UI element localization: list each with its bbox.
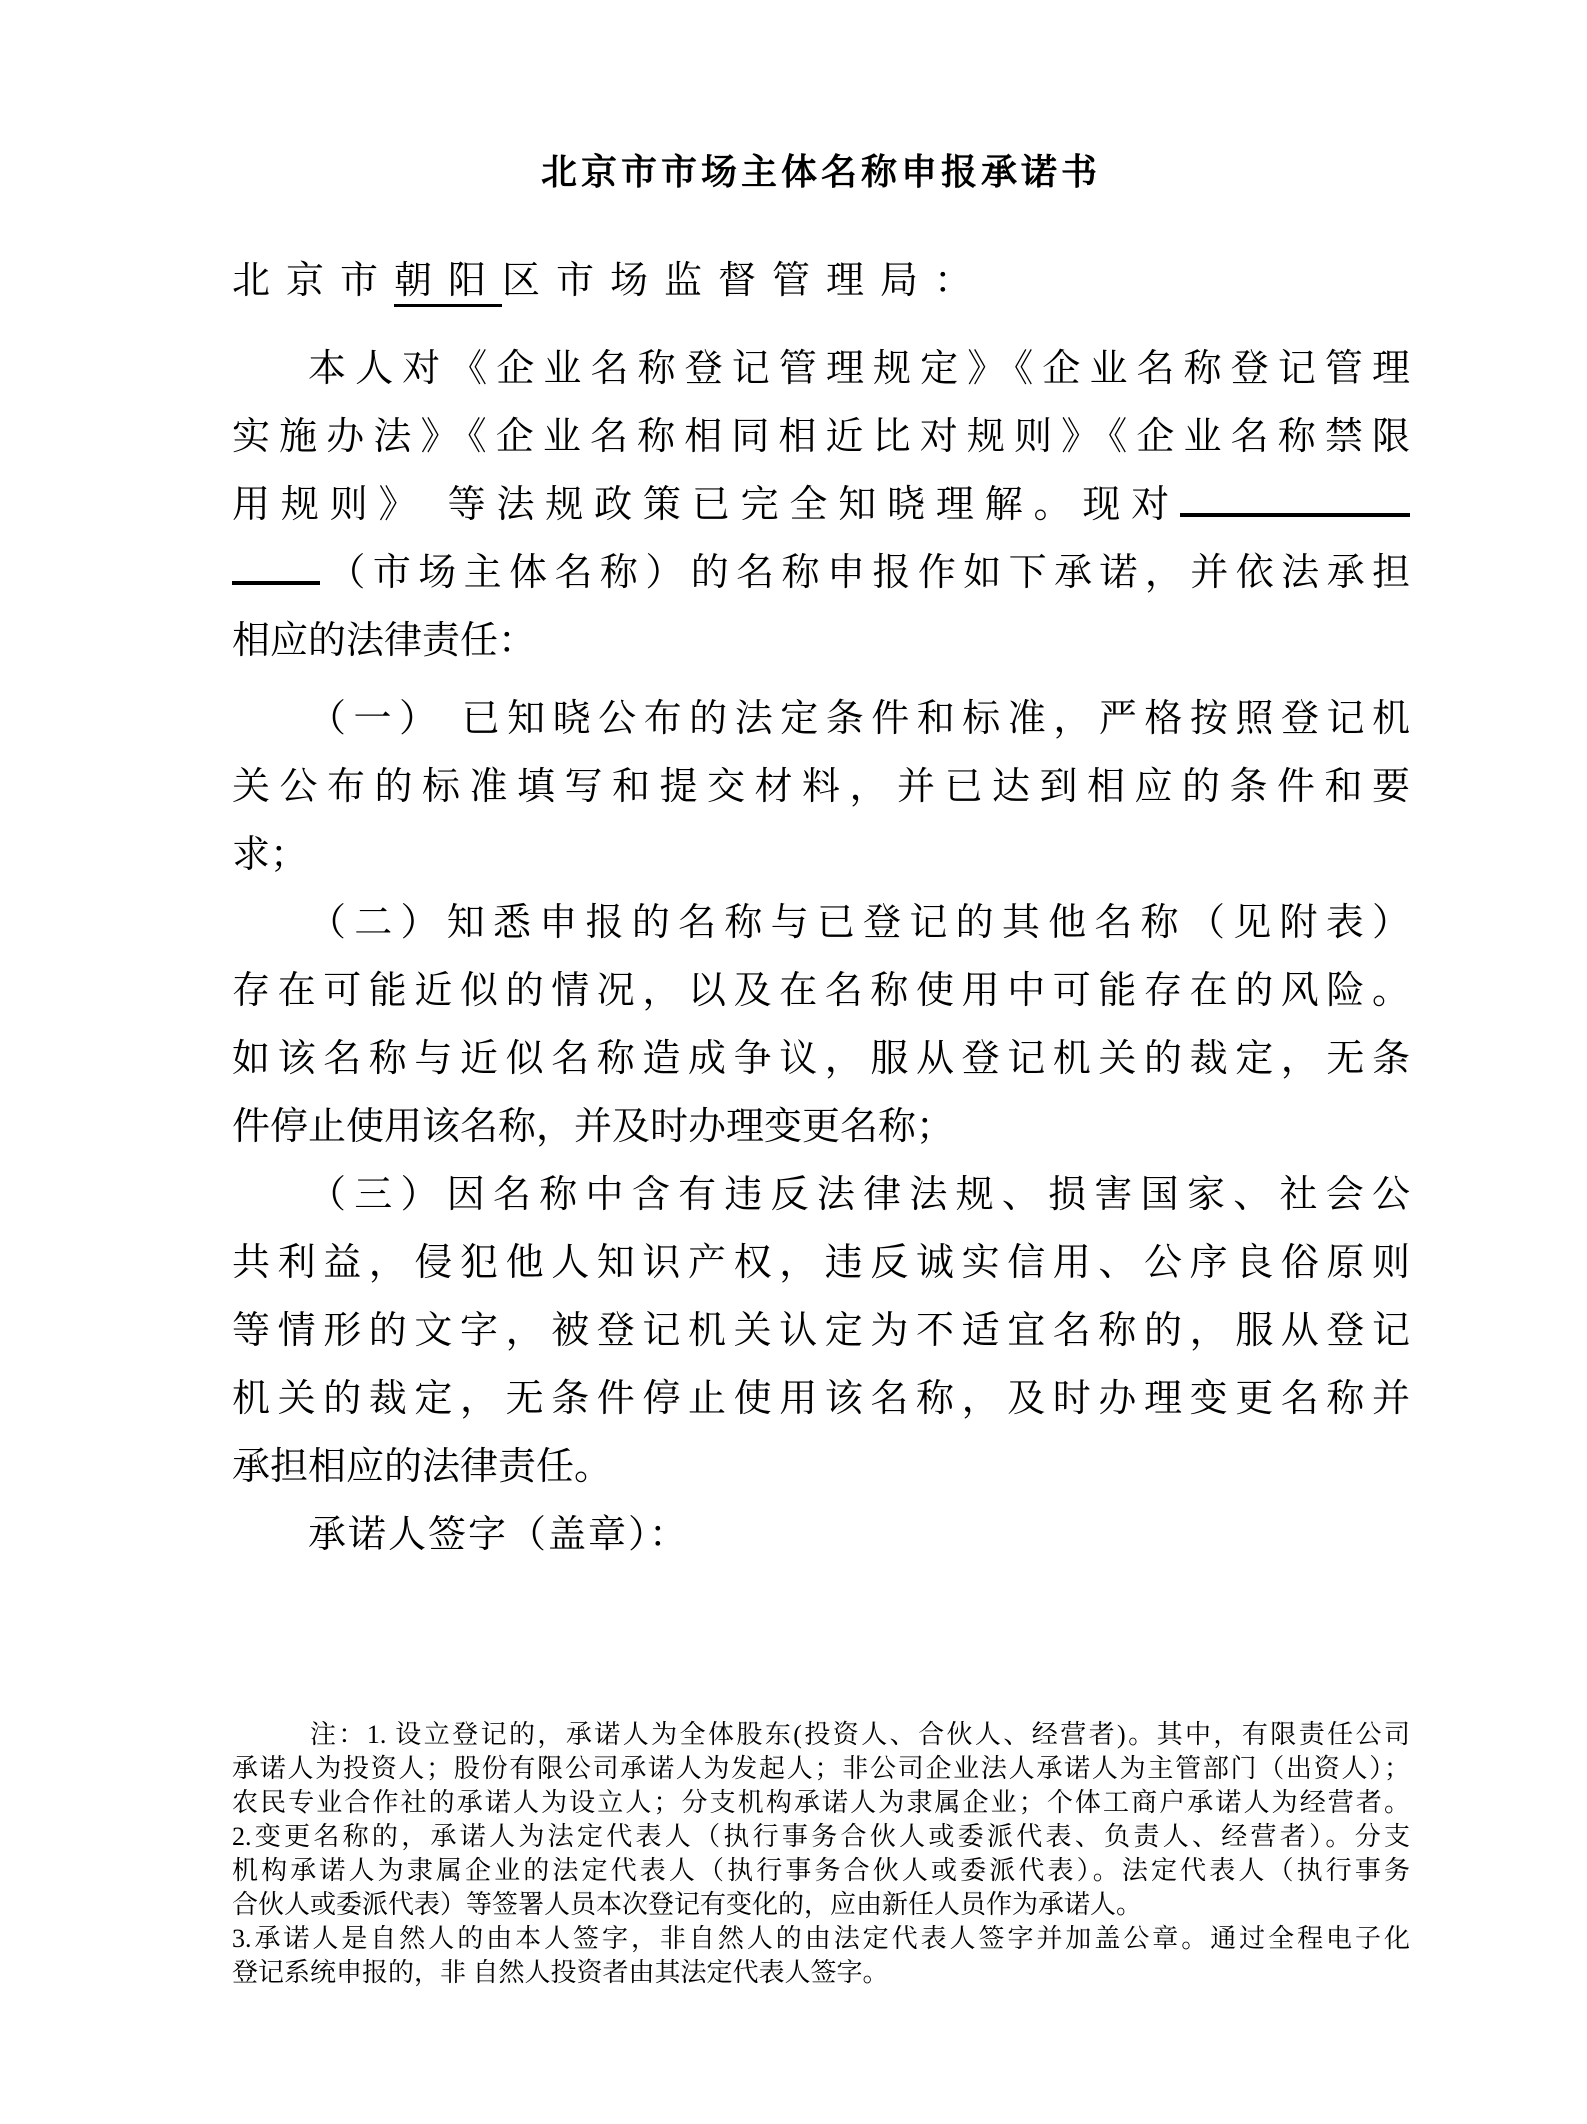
district-name-underlined: 朝阳 (394, 260, 502, 307)
item-2-line-1: （二）知悉申报的名称与已登记的其他名称（见附表） (232, 889, 1410, 957)
note-line-8: 登记系统申报的，非 自然人投资者由其法定代表人签字。 (232, 1956, 1410, 1990)
intro-line-4-text: （市场主体名称）的名称申报作如下承诺，并依法承担 (320, 552, 1410, 594)
note-line-4: 2.变更名称的，承诺人为法定代表人（执行事务合伙人或委派代表、负责人、经营者）。… (232, 1820, 1410, 1854)
page-title: 北京市市场主体名称申报承诺书 (232, 150, 1410, 194)
note-line-5: 机构承诺人为隶属企业的法定代表人（执行事务合伙人或委派代表）。法定代表人（执行事… (232, 1854, 1410, 1888)
notes-section: 注：1. 设立登记的，承诺人为全体股东(投资人、合伙人、经营者)。其中，有限责任… (232, 1718, 1410, 1990)
market-entity-name-blank-2 (232, 577, 320, 585)
intro-paragraph: 本人对《企业名称登记管理规定》《企业名称登记管理 实施办法》《企业名称相同相近比… (232, 335, 1410, 675)
item-1-line-3: 求； (232, 821, 1410, 889)
item-3-line-2: 共利益，侵犯他人知识产权，违反诚实信用、公序良俗原则 (232, 1229, 1410, 1297)
salutation-suffix: 区市场监督管理局： (502, 260, 988, 302)
salutation-line: 北京市朝阳区市场监督管理局： (232, 247, 1410, 315)
intro-line-2: 实施办法》《企业名称相同相近比对规则》《企业名称禁限 (232, 403, 1410, 471)
item-2-line-4: 件停止使用该名称，并及时办理变更名称； (232, 1093, 1410, 1161)
item-1-line-2: 关公布的标准填写和提交材料，并已达到相应的条件和要 (232, 753, 1410, 821)
note-line-2: 承诺人为投资人；股份有限公司承诺人为发起人；非公司企业法人承诺人为主管部门（出资… (232, 1752, 1410, 1786)
intro-line-3-text: 用规则》 等法规政策已完全知晓理解。现对 (232, 484, 1180, 526)
document-content: 北京市市场主体名称申报承诺书 北京市朝阳区市场监督管理局： 本人对《企业名称登记… (232, 150, 1410, 1990)
market-entity-name-blank-1 (1180, 509, 1410, 517)
item-3-line-4: 机关的裁定，无条件停止使用该名称，及时办理变更名称并 (232, 1365, 1410, 1433)
salutation-prefix: 北京市 (232, 260, 394, 302)
note-line-7: 3.承诺人是自然人的由本人签字，非自然人的由法定代表人签字并加盖公章。通过全程电… (232, 1922, 1410, 1956)
intro-line-4: （市场主体名称）的名称申报作如下承诺，并依法承担 (232, 539, 1410, 607)
intro-line-5: 相应的法律责任： (232, 607, 1410, 675)
intro-line-1: 本人对《企业名称登记管理规定》《企业名称登记管理 (232, 335, 1410, 403)
item-2-line-2: 存在可能近似的情况，以及在名称使用中可能存在的风险。 (232, 957, 1410, 1025)
item-3-line-3: 等情形的文字，被登记机关认定为不适宜名称的，服从登记 (232, 1297, 1410, 1365)
commitment-item-3: （三）因名称中含有违反法律法规、损害国家、社会公 共利益，侵犯他人知识产权，违反… (232, 1161, 1410, 1501)
item-3-line-1: （三）因名称中含有违反法律法规、损害国家、社会公 (232, 1161, 1410, 1229)
commitment-item-2: （二）知悉申报的名称与已登记的其他名称（见附表） 存在可能近似的情况，以及在名称… (232, 889, 1410, 1161)
commitment-item-1: （一） 已知晓公布的法定条件和标准，严格按照登记机 关公布的标准填写和提交材料，… (232, 685, 1410, 889)
document-page: 北京市市场主体名称申报承诺书 北京市朝阳区市场监督管理局： 本人对《企业名称登记… (0, 0, 1587, 2124)
note-line-6: 合伙人或委派代表）等签署人员本次登记有变化的，应由新任人员作为承诺人。 (232, 1888, 1410, 1922)
note-line-3: 农民专业合作社的承诺人为设立人；分支机构承诺人为隶属企业；个体工商户承诺人为经营… (232, 1786, 1410, 1820)
item-2-line-3: 如该名称与近似名称造成争议，服从登记机关的裁定，无条 (232, 1025, 1410, 1093)
intro-line-3: 用规则》 等法规政策已完全知晓理解。现对 (232, 471, 1410, 539)
item-3-line-5: 承担相应的法律责任。 (232, 1433, 1410, 1501)
item-1-line-1: （一） 已知晓公布的法定条件和标准，严格按照登记机 (232, 685, 1410, 753)
note-line-1: 注：1. 设立登记的，承诺人为全体股东(投资人、合伙人、经营者)。其中，有限责任… (232, 1718, 1410, 1752)
signature-label: 承诺人签字（盖章）： (232, 1501, 1410, 1569)
